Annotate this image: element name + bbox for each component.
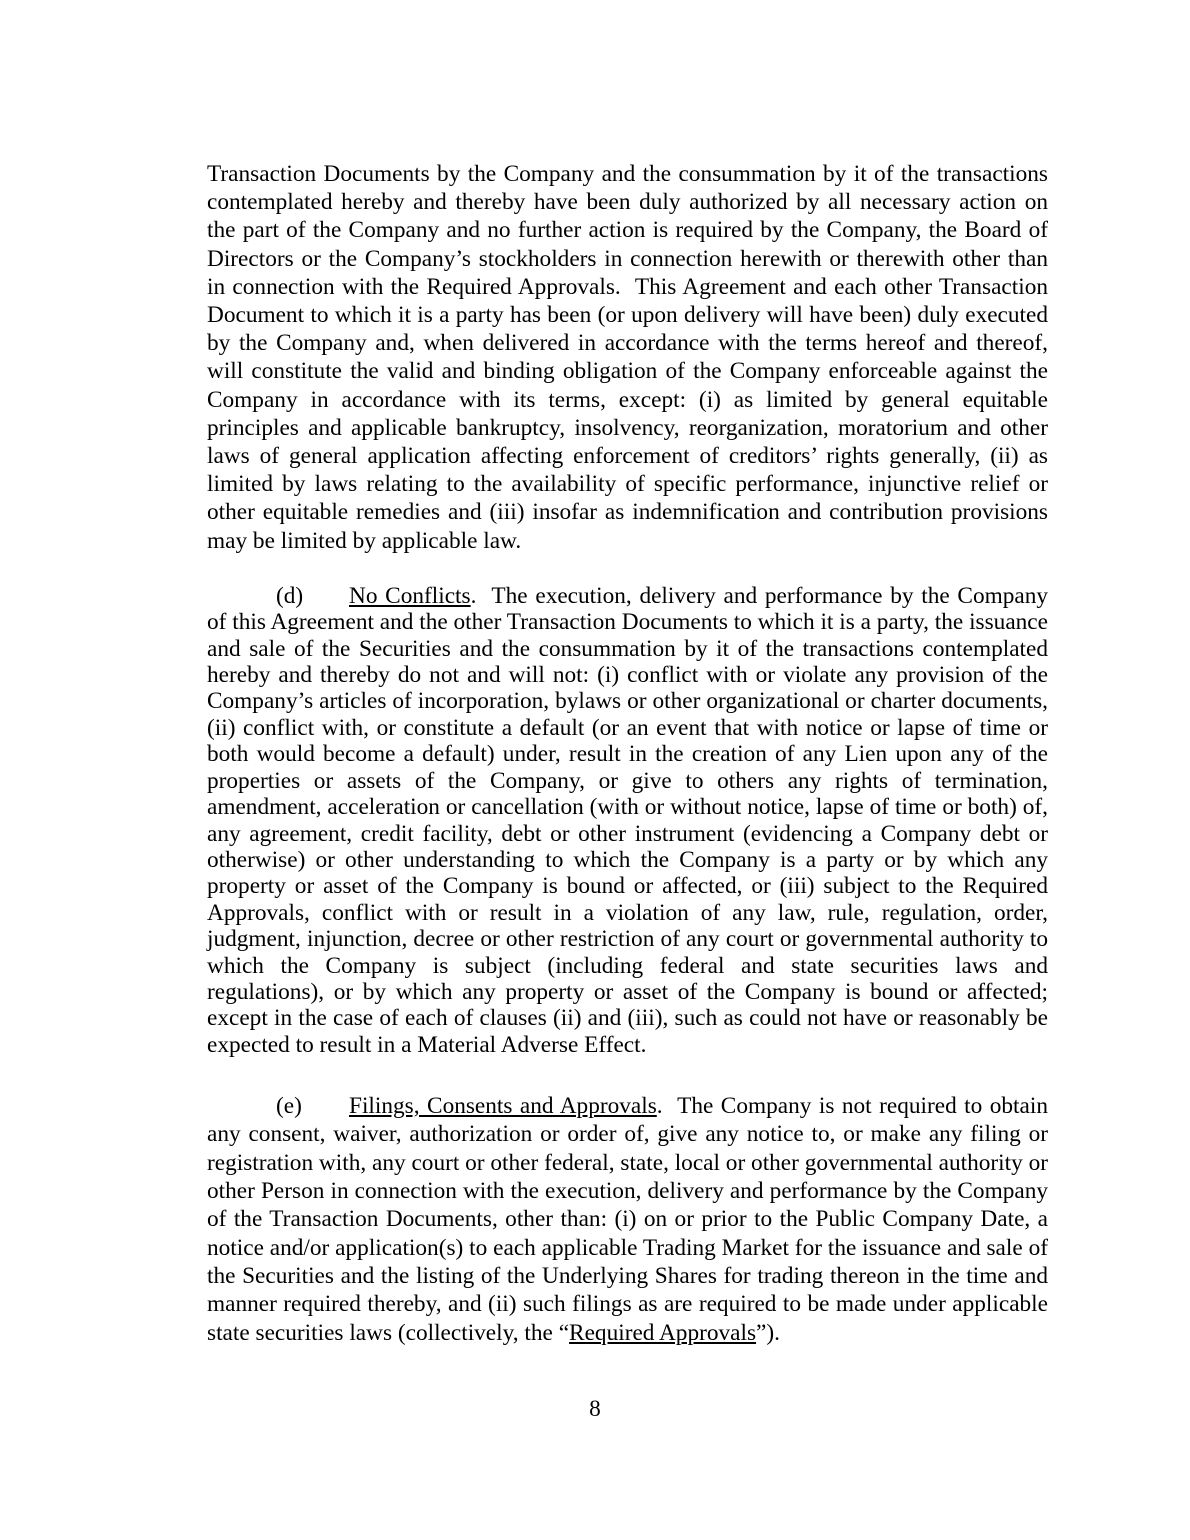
clause-e-paragraph: (e)Filings, Consents and Approvals. The … bbox=[207, 1092, 1048, 1347]
clause-e-heading: Filings, Consents and Approvals bbox=[349, 1093, 657, 1119]
document-text-block: Transaction Documents by the Company and… bbox=[207, 160, 1048, 1347]
clause-e-body-tail: ”). bbox=[756, 1320, 780, 1346]
page-number: 8 bbox=[0, 1395, 1190, 1423]
clause-d-heading: No Conflicts bbox=[349, 583, 471, 609]
document-page: Transaction Documents by the Company and… bbox=[0, 0, 1190, 1540]
clause-d-paragraph: (d)No Conflicts. The execution, delivery… bbox=[207, 583, 1048, 1058]
clause-d-label: (d) bbox=[276, 583, 349, 609]
required-approvals-term: Required Approvals bbox=[569, 1320, 756, 1346]
clause-e-body-lead: . The Company is not required to obtain … bbox=[207, 1093, 1048, 1345]
clause-e-label: (e) bbox=[276, 1092, 349, 1120]
paragraph-authorization: Transaction Documents by the Company and… bbox=[207, 160, 1048, 555]
clause-d-body: . The execution, delivery and performanc… bbox=[207, 583, 1048, 1058]
